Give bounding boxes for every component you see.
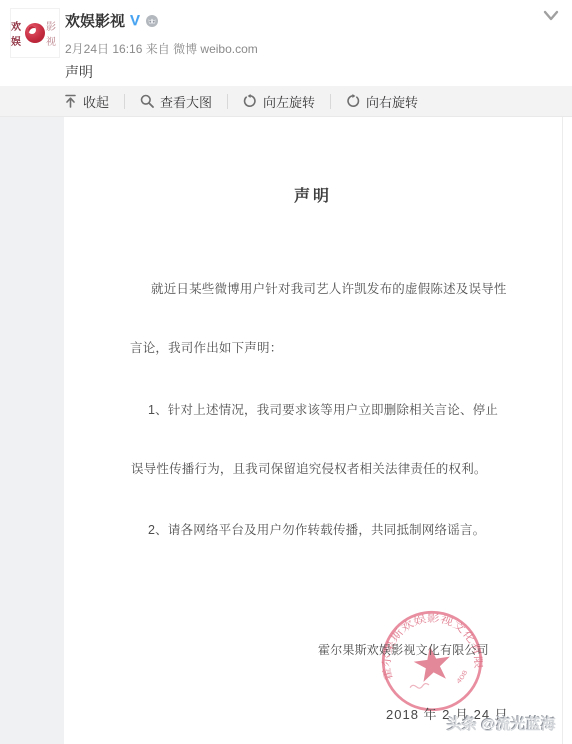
view-large-image-button[interactable]: 查看大图	[124, 94, 227, 109]
magnifier-icon	[140, 94, 154, 108]
collapse-up-icon	[64, 94, 77, 108]
statement-line: 就近日某些微博用户针对我司艺人许凯发布的虚假陈述及误导性	[151, 279, 507, 297]
avatar[interactable]: 欢娱 影视	[10, 8, 60, 58]
image-toolbar: 收起 查看大图 向左旋转 向右旋转	[0, 86, 572, 117]
collapse-button[interactable]: 收起	[64, 94, 124, 109]
company-name: 霍尔果斯欢娱影视文化有限公司	[318, 641, 489, 658]
rotate-left-icon	[243, 94, 257, 108]
statement-line: 1、针对上述情况，我司要求该等用户立即删除相关言论、停止	[148, 400, 498, 418]
post-text: 声明	[65, 62, 93, 82]
username-link[interactable]: 欢娱影视	[65, 10, 125, 31]
timestamp-source[interactable]: 2月24日 16:16 来自 微博 weibo.com	[65, 40, 258, 57]
rotate-right-label: 向右旋转	[366, 92, 418, 111]
toutiao-watermark: 头条 @流光蓝海	[447, 713, 556, 734]
rotate-right-button[interactable]: 向右旋转	[330, 94, 433, 109]
company-seal-stamp: 霍尔果斯欢娱影视文化有限公司 4084843779	[372, 601, 492, 721]
avatar-logo-text-left: 欢娱	[11, 18, 24, 48]
statement-line: 2、请各网络平台及用户勿作转载传播，共同抵制网络谣言。	[148, 520, 485, 538]
avatar-logo-text-right: 影视	[46, 18, 59, 48]
rotate-left-label: 向左旋转	[263, 92, 315, 111]
collapse-label: 收起	[83, 92, 109, 111]
view-large-image-label: 查看大图	[160, 92, 212, 111]
timestamp[interactable]: 2月24日 16:16	[65, 42, 142, 56]
source-prefix: 来自	[146, 42, 170, 56]
image-left-gutter	[0, 117, 64, 744]
chevron-down-icon[interactable]	[543, 10, 559, 22]
statement-line: 误导性传播行为，且我司保留追究侵权者相关法律责任的权利。	[131, 459, 487, 477]
user-name-row: 欢娱影视 V	[65, 10, 159, 31]
membership-badge-icon	[145, 14, 159, 28]
statement-line: 言论，我司作出如下声明：	[130, 338, 282, 356]
rotate-left-button[interactable]: 向左旋转	[227, 94, 330, 109]
verified-v-icon: V	[130, 13, 140, 28]
source-link[interactable]: 微博 weibo.com	[173, 42, 258, 56]
avatar-logo-ball-icon	[25, 23, 45, 43]
statement-image[interactable]: 声明 就近日某些微博用户针对我司艺人许凯发布的虚假陈述及误导性 言论，我司作出如…	[64, 117, 563, 744]
statement-title: 声明	[64, 183, 562, 206]
weibo-post-card: 欢娱 影视 欢娱影视 V 2月24日 16:16 来自 微博 weibo.com…	[0, 0, 572, 744]
rotate-right-icon	[346, 94, 360, 108]
